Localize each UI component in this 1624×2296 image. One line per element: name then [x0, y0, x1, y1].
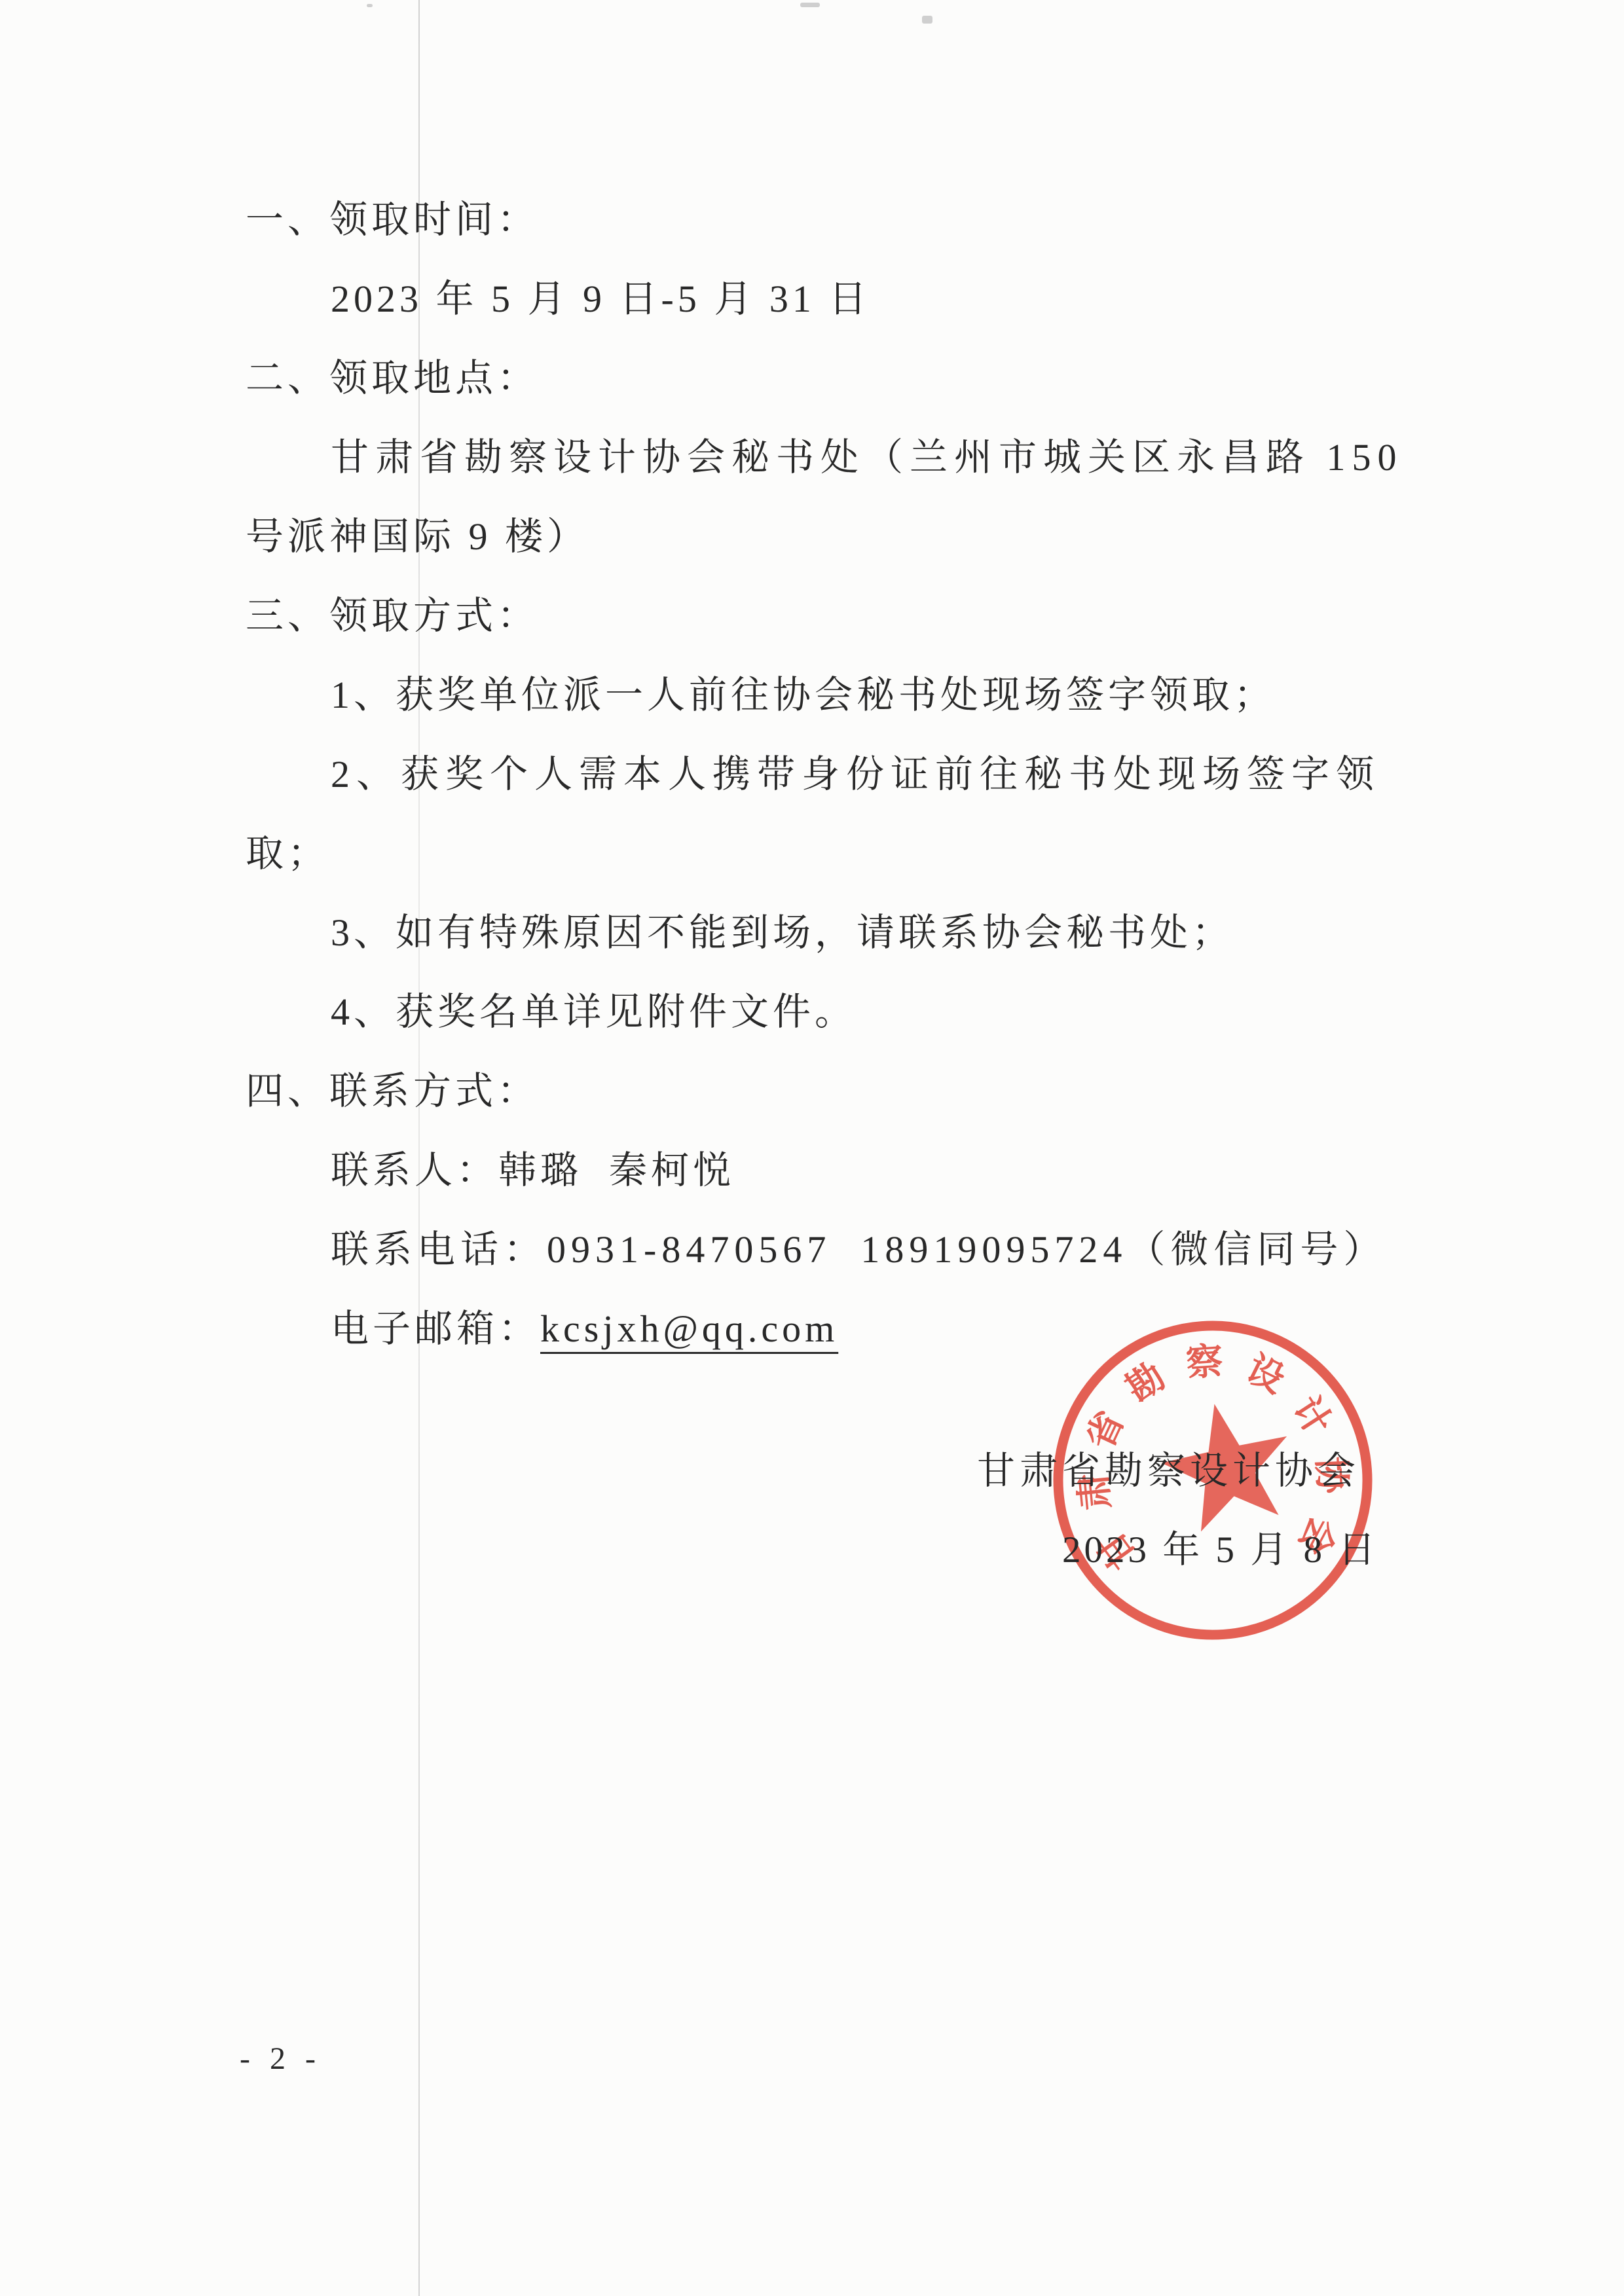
email-address: kcsjxh@qq.com — [540, 1307, 838, 1350]
line-method-item-4: 4、获奖名单详见附件文件。 — [246, 972, 1388, 1051]
notice-body: 一、领取时间： 2023 年 5 月 9 日-5 月 31 日 二、领取地点： … — [246, 180, 1388, 1368]
line-contact-person: 联系人：韩璐 秦柯悦 — [246, 1131, 1388, 1210]
line-method-item-2: 2、获奖个人需本人携带身份证前往秘书处现场签字领 — [246, 735, 1388, 814]
line-method-item-1: 1、获奖单位派一人前往协会秘书处现场签字领取； — [246, 655, 1388, 735]
scanned-document-page: 一、领取时间： 2023 年 5 月 9 日-5 月 31 日 二、领取地点： … — [0, 0, 1624, 2296]
scan-artifact — [922, 16, 932, 24]
line-pickup-time-heading: 一、领取时间： — [246, 180, 1388, 259]
line-pickup-location-1: 甘肃省勘察设计协会秘书处（兰州市城关区永昌路 150 — [246, 418, 1388, 497]
page-number: - 2 - — [240, 2033, 322, 2085]
line-method-item-3: 3、如有特殊原因不能到场，请联系协会秘书处； — [246, 893, 1388, 972]
svg-text:察: 察 — [1185, 1341, 1224, 1385]
line-pickup-location-2: 号派神国际 9 楼） — [246, 497, 1388, 576]
signature-org: 甘肃省勘察设计协会 — [977, 1431, 1360, 1510]
scan-artifact — [800, 3, 820, 7]
line-pickup-method-heading: 三、领取方式： — [246, 576, 1388, 655]
svg-text:勘: 勘 — [1119, 1356, 1172, 1410]
email-label: 电子邮箱： — [331, 1307, 540, 1350]
line-contact-heading: 四、联系方式： — [246, 1051, 1388, 1131]
line-contact-phone: 联系电话：0931-8470567 18919095724（微信同号） — [246, 1210, 1388, 1289]
line-method-item-2-continuation: 取； — [246, 814, 1388, 893]
line-pickup-date-range: 2023 年 5 月 9 日-5 月 31 日 — [246, 259, 1388, 338]
line-pickup-location-heading: 二、领取地点： — [246, 338, 1388, 418]
scan-artifact — [367, 4, 373, 7]
signature-date: 2023 年 5 月 8 日 — [1062, 1510, 1378, 1590]
svg-text:设: 设 — [1240, 1349, 1291, 1401]
